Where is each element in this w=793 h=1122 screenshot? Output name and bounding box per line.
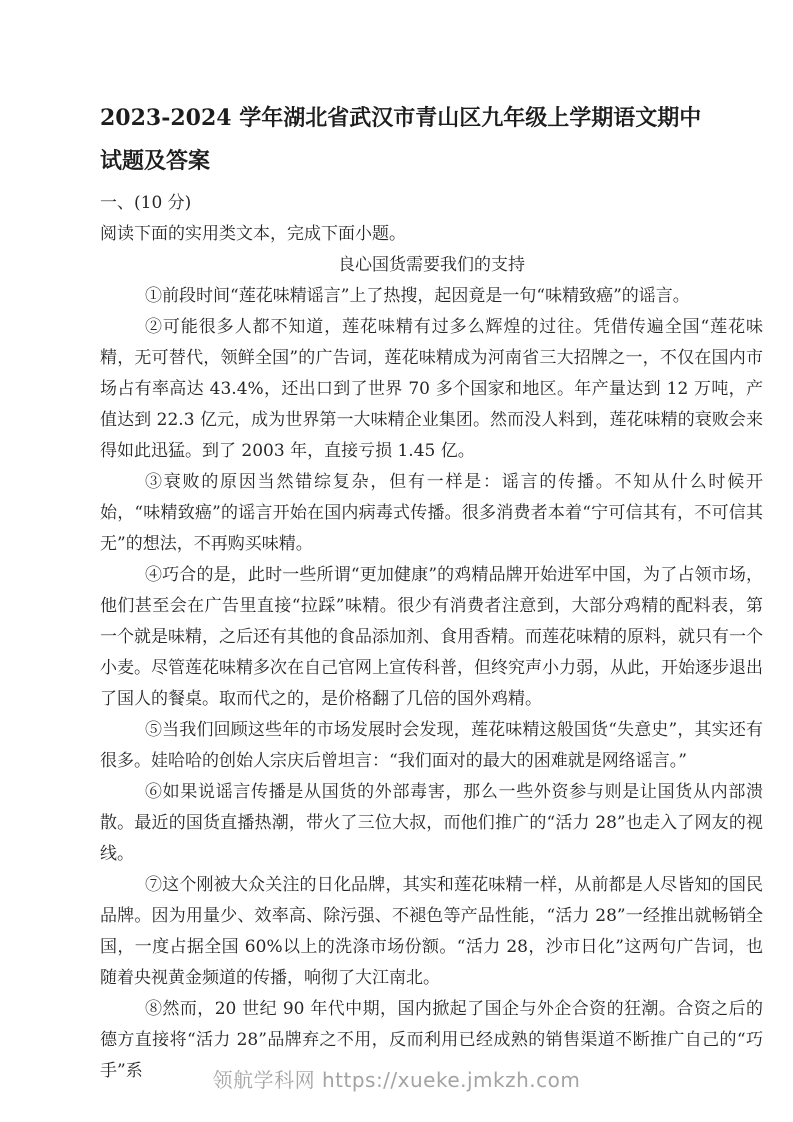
paragraph-6: ⑥如果说谣言传播是从国货的外部毒害，那么一些外资参与则是让国货从内部溃散。最近的… bbox=[100, 777, 763, 870]
exam-meta: 一、(10 分) 阅读下面的实用类文本，完成下面小题。 bbox=[100, 188, 763, 250]
paragraph-7: ⑦这个刚被大众关注的日化品牌，其实和莲花味精一样，从前都是人尽皆知的国民品牌。因… bbox=[100, 870, 763, 994]
section-heading: 一、(10 分) bbox=[100, 188, 763, 219]
paragraph-3: ③衰败的原因当然错综复杂，但有一样是：谣言的传播。不知从什么时候开始，“味精致癌… bbox=[100, 467, 763, 560]
document-content: 2023-2024 学年湖北省武汉市青山区九年级上学期语文期中 试题及答案 一、… bbox=[0, 0, 793, 1087]
instruction-line: 阅读下面的实用类文本，完成下面小题。 bbox=[100, 219, 763, 250]
document-title: 2023-2024 学年湖北省武汉市青山区九年级上学期语文期中 试题及答案 bbox=[100, 97, 763, 183]
paragraph-2: ②可能很多人都不知道，莲花味精有过多么辉煌的过往。凭借传遍全国“莲花味精，无可替… bbox=[100, 312, 763, 467]
paragraph-5: ⑤当我们回顾这些年的市场发展时会发现，莲花味精这般国货“失意史”，其实还有很多。… bbox=[100, 715, 763, 777]
document-title-line-1: 2023-2024 学年湖北省武汉市青山区九年级上学期语文期中 bbox=[100, 97, 763, 140]
article-title: 良心国货需要我们的支持 bbox=[100, 250, 763, 281]
document-title-line-2: 试题及答案 bbox=[100, 140, 763, 183]
paragraph-1: ①前段时间“莲花味精谣言”上了热搜，起因竟是一句“味精致癌”的谣言。 bbox=[100, 281, 763, 312]
document-page: 2023-2024 学年湖北省武汉市青山区九年级上学期语文期中 试题及答案 一、… bbox=[0, 0, 793, 1122]
site-watermark: 领航学科网 https://xueke.jmkzh.com bbox=[0, 1064, 793, 1093]
paragraph-4: ④巧合的是，此时一些所谓“更加健康”的鸡精品牌开始进军中国，为了占领市场，他们甚… bbox=[100, 560, 763, 715]
